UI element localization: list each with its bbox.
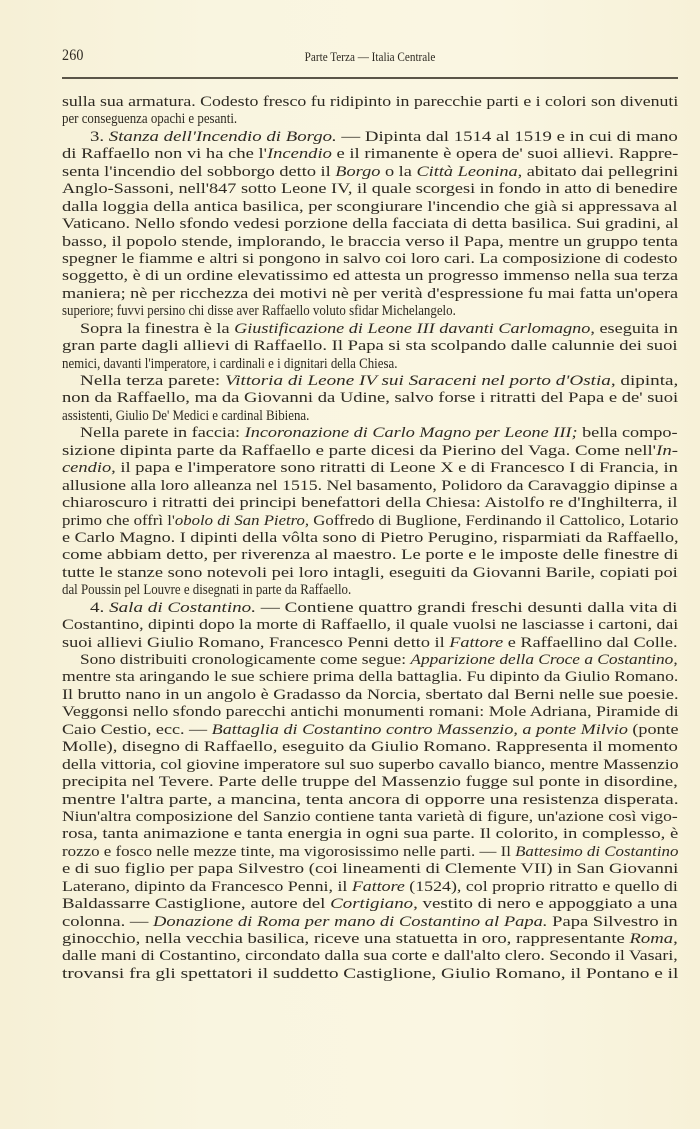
line-text: sulla sua armatura. Codesto fresco fu ri… (62, 94, 678, 111)
text-segment: , il papa e l'imperatore sono ritratti d… (111, 460, 678, 476)
italic-title: Donazione di Roma per mano di Costantino… (153, 914, 548, 930)
book-page: 260 Parte Terza — Italia Centrale sulla … (0, 0, 700, 1129)
line-text: trovansi fra gli spettatori il suddetto … (62, 966, 678, 983)
text-line: assistenti, Giulio De' Medici e cardinal… (62, 408, 678, 425)
text-line: senta l'incendio del sobborgo detto il B… (62, 164, 678, 181)
text-line: 3. Stanza dell'Incendio di Borgo. — Dipi… (62, 129, 678, 146)
text-segment: , abitato dai pellegrini (518, 164, 679, 180)
text-segment: ginocchio, nella vecchia basilica, ricev… (62, 931, 630, 947)
text-segment: Sono distribuiti cronologicamente come s… (80, 652, 410, 668)
text-segment: precipita nel Tevere. Parte delle truppe… (62, 774, 678, 790)
text-segment: , Goffredo di Buglione, Ferdinando il Ca… (305, 513, 678, 529)
text-line: mentre l'altra parte, a mancina, tenta a… (62, 792, 678, 809)
text-line: primo che offrì l'obolo di San Pietro, G… (62, 513, 678, 530)
text-segment: (ponte (628, 722, 679, 738)
text-line: e di suo figlio per papa Silvestro (coi … (62, 861, 678, 878)
text-segment: e Raffaellino dal Colle. (503, 635, 677, 651)
text-segment: basso, il popolo stende, implorando, le … (62, 234, 678, 250)
text-line: della vittoria, col giovine imperatore s… (62, 757, 678, 774)
line-text: senta l'incendio del sobborgo detto il B… (62, 164, 678, 181)
text-segment: Costantino, dipinti dopo la morte di Raf… (62, 617, 678, 633)
text-line: basso, il popolo stende, implorando, le … (62, 234, 678, 251)
text-segment: Sopra la finestra è la (80, 321, 234, 337)
text-line: soggetto, è di un ordine elevatissimo ed… (62, 268, 678, 285)
italic-title: Vittoria di Leone IV sui Saraceni nel po… (225, 373, 611, 389)
line-text: Vaticano. Nello sfondo vedesi porzione d… (62, 216, 679, 233)
line-text: Caio Cestio, ecc. — Battaglia di Costant… (62, 722, 679, 739)
text-segment: spegner le fiamme e altri si pongono in … (62, 251, 677, 267)
text-segment: chiaroscuro i ritratti dei principi bene… (62, 495, 677, 511)
italic-title: Borgo (335, 164, 380, 180)
text-line: nemici, davanti l'imperatore, i cardinal… (62, 356, 678, 373)
text-segment: e il rimanente è opera de' suoi allievi.… (332, 146, 678, 162)
text-line: mentre sta aringando le sue schiere prim… (62, 669, 678, 686)
text-line: trovansi fra gli spettatori il suddetto … (62, 966, 678, 983)
text-segment: sizione dipinta parte da Raffaello e par… (62, 443, 656, 459)
text-segment: dal Poussin pel Louvre e disegnati in pa… (62, 582, 351, 598)
text-segment: , dipinta, (611, 373, 678, 389)
line-text: dalle mani di Costantino, circondato dal… (62, 948, 678, 965)
text-segment: mentre sta aringando le sue schiere prim… (62, 669, 678, 685)
line-text: nemici, davanti l'imperatore, i cardinal… (62, 356, 397, 373)
text-line: Nella terza parete: Vittoria di Leone IV… (62, 373, 678, 390)
text-segment: — Dipinta dal 1514 al 1519 e in cui di m… (337, 129, 678, 145)
italic-title: Roma (630, 931, 674, 947)
text-segment: Laterano, dipinto da Francesco Penni, il (62, 879, 352, 895)
text-segment: soggetto, è di un ordine elevatissimo ed… (62, 268, 678, 284)
line-text: soggetto, è di un ordine elevatissimo ed… (62, 268, 678, 285)
italic-title: cendio (62, 460, 111, 476)
line-text: sizione dipinta parte da Raffaello e par… (62, 443, 678, 460)
italic-title: In- (656, 443, 678, 459)
text-segment: Nella terza parete: (80, 373, 225, 389)
text-line: Costantino, dipinti dopo la morte di Raf… (62, 617, 678, 634)
text-segment: — Contiene quattro grandi freschi desunt… (256, 600, 677, 616)
text-line: e Carlo Magno. I dipinti della vôlta son… (62, 530, 678, 547)
text-segment: rozzo e fosco nelle mezze tinte, ma vigo… (62, 844, 515, 860)
line-text: Sopra la finestra è la Giustificazione d… (80, 321, 678, 338)
text-segment: Nella parete in faccia: (80, 425, 245, 441)
line-text: Laterano, dipinto da Francesco Penni, il… (62, 879, 678, 896)
text-segment: suoi allievi Giulio Romano, Francesco Pe… (62, 635, 449, 651)
text-segment: dalle mani di Costantino, circondato dal… (62, 948, 678, 964)
line-text: precipita nel Tevere. Parte delle truppe… (62, 774, 678, 791)
text-segment: (1524), col proprio ritratto e quello di (405, 879, 678, 895)
header-rule (62, 77, 678, 79)
text-segment: e di suo figlio per papa Silvestro (coi … (62, 861, 678, 877)
text-segment: superiore; fuvvi persino chi disse aver … (62, 303, 456, 319)
line-text: dal Poussin pel Louvre e disegnati in pa… (62, 582, 351, 599)
line-text: Niun'altra composizione del Sanzio conti… (62, 809, 678, 826)
text-segment: assistenti, Giulio De' Medici e cardinal… (62, 408, 309, 424)
text-segment: della vittoria, col giovine imperatore s… (62, 757, 679, 773)
line-text: Nella parete in faccia: Incoronazione di… (80, 425, 678, 442)
text-segment: rosa, tanta animazione e tanta energia i… (62, 826, 678, 842)
line-text: basso, il popolo stende, implorando, le … (62, 234, 678, 251)
italic-title: Battaglia di Costantino contro Massenzio… (212, 722, 628, 738)
text-line: di Raffaello non vi ha che l'Incendio e … (62, 146, 678, 163)
italic-title: Apparizione della Croce a Costantino (410, 652, 673, 668)
text-line: dalla loggia della antica basilica, per … (62, 199, 678, 216)
text-segment: o la (380, 164, 416, 180)
text-segment: gran parte dagli allievi di Raffaello. I… (62, 338, 678, 354)
line-text: mentre l'altra parte, a mancina, tenta a… (62, 792, 679, 809)
line-text: superiore; fuvvi persino chi disse aver … (62, 303, 456, 320)
line-text: Baldassarre Castiglione, autore del Cort… (62, 896, 678, 913)
text-line: precipita nel Tevere. Parte delle truppe… (62, 774, 678, 791)
line-text: Molle), disegno di Raffaello, eseguito d… (62, 739, 678, 756)
line-text: dalla loggia della antica basilica, per … (62, 199, 677, 216)
text-line: cendio, il papa e l'imperatore sono ritr… (62, 460, 678, 477)
text-segment: Papa Silvestro in (548, 914, 678, 930)
line-text: cendio, il papa e l'imperatore sono ritr… (62, 460, 678, 477)
text-segment: Anglo-Sassoni, nell'847 sotto Leone IV, … (62, 181, 678, 197)
line-text: rozzo e fosco nelle mezze tinte, ma vigo… (62, 844, 678, 861)
line-text: 3. Stanza dell'Incendio di Borgo. — Dipi… (90, 129, 678, 146)
text-line: tutte le stanze sono notevoli pei loro i… (62, 565, 678, 582)
running-head: 260 Parte Terza — Italia Centrale (62, 47, 678, 69)
text-segment: tutte le stanze sono notevoli pei loro i… (62, 565, 678, 581)
line-text: per conseguenza opachi e pesanti. (62, 111, 237, 128)
text-line: come abbiam detto, per riverenza al maes… (62, 547, 678, 564)
line-text: Sono distribuiti cronologicamente come s… (80, 652, 678, 669)
text-line: dal Poussin pel Louvre e disegnati in pa… (62, 582, 678, 599)
text-segment: maniera; nè per ricchezza dei motivi nè … (62, 286, 678, 302)
line-text: rosa, tanta animazione e tanta energia i… (62, 826, 678, 843)
text-segment: non da Raffaello, ma da Giovanni da Udin… (62, 390, 678, 406)
text-line: gran parte dagli allievi di Raffaello. I… (62, 338, 678, 355)
text-segment: mentre l'altra parte, a mancina, tenta a… (62, 792, 679, 808)
running-title: Parte Terza — Italia Centrale (105, 49, 635, 65)
text-segment: come abbiam detto, per riverenza al maes… (62, 547, 678, 563)
text-segment: e Carlo Magno. I dipinti della vôlta son… (62, 530, 679, 546)
italic-title: Città Leonina (416, 164, 517, 180)
italic-title: Incendio (267, 146, 332, 162)
italic-title: Fattore (449, 635, 503, 651)
italic-title: Sala di Costantino. (109, 600, 256, 616)
text-segment: per conseguenza opachi e pesanti. (62, 111, 237, 127)
text-line: sizione dipinta parte da Raffaello e par… (62, 443, 678, 460)
text-segment: trovansi fra gli spettatori il suddetto … (62, 966, 678, 982)
text-line: allusione alla loro alleanza nel 1515. N… (62, 478, 678, 495)
line-text: Il brutto nano in un angolo è Gradasso d… (62, 687, 679, 704)
line-text: ginocchio, nella vecchia basilica, ricev… (62, 931, 678, 948)
line-text: mentre sta aringando le sue schiere prim… (62, 669, 678, 686)
line-text: gran parte dagli allievi di Raffaello. I… (62, 338, 678, 355)
text-segment: , eseguita in (590, 321, 677, 337)
line-text: e di suo figlio per papa Silvestro (coi … (62, 861, 678, 878)
text-line: Laterano, dipinto da Francesco Penni, il… (62, 879, 678, 896)
italic-title: Stanza dell'Incendio di Borgo. (109, 129, 337, 145)
text-line: spegner le fiamme e altri si pongono in … (62, 251, 678, 268)
text-segment: nemici, davanti l'imperatore, i cardinal… (62, 356, 397, 372)
italic-title: Fattore (352, 879, 405, 895)
text-line: superiore; fuvvi persino chi disse aver … (62, 303, 678, 320)
text-segment: Veggonsi nello sfondo parecchi antichi m… (62, 704, 679, 720)
text-line: ginocchio, nella vecchia basilica, ricev… (62, 931, 678, 948)
text-line: Nella parete in faccia: Incoronazione di… (62, 425, 678, 442)
text-segment: , vestito di nero e appoggiato a una (413, 896, 677, 912)
text-segment: bella compo- (578, 425, 678, 441)
text-line: per conseguenza opachi e pesanti. (62, 111, 678, 128)
text-segment: 3. (90, 129, 109, 145)
body-text: sulla sua armatura. Codesto fresco fu ri… (62, 94, 678, 983)
text-line: rozzo e fosco nelle mezze tinte, ma vigo… (62, 844, 678, 861)
text-segment: Baldassarre Castiglione, autore del (62, 896, 330, 912)
text-line: sulla sua armatura. Codesto fresco fu ri… (62, 94, 678, 111)
text-line: Molle), disegno di Raffaello, eseguito d… (62, 739, 678, 756)
line-text: chiaroscuro i ritratti dei principi bene… (62, 495, 677, 512)
text-line: Caio Cestio, ecc. — Battaglia di Costant… (62, 722, 678, 739)
text-line: rosa, tanta animazione e tanta energia i… (62, 826, 678, 843)
line-text: Anglo-Sassoni, nell'847 sotto Leone IV, … (62, 181, 678, 198)
italic-title: obolo di San Pietro (175, 513, 305, 529)
italic-title: Battesimo di Costantino (515, 844, 678, 860)
text-line: Niun'altra composizione del Sanzio conti… (62, 809, 678, 826)
text-segment: Niun'altra composizione del Sanzio conti… (62, 809, 678, 825)
text-line: Sopra la finestra è la Giustificazione d… (62, 321, 678, 338)
text-segment: di Raffaello non vi ha che l' (62, 146, 267, 162)
line-text: Costantino, dipinti dopo la morte di Raf… (62, 617, 678, 634)
text-segment: Molle), disegno di Raffaello, eseguito d… (62, 739, 678, 755)
italic-title: Cortigiano (330, 896, 413, 912)
line-text: della vittoria, col giovine imperatore s… (62, 757, 679, 774)
line-text: 4. Sala di Costantino. — Contiene quattr… (90, 600, 677, 617)
text-segment: , (673, 931, 678, 947)
text-segment: 4. (90, 600, 109, 616)
line-text: maniera; nè per ricchezza dei motivi nè … (62, 286, 678, 303)
line-text: Nella terza parete: Vittoria di Leone IV… (80, 373, 678, 390)
line-text: spegner le fiamme e altri si pongono in … (62, 251, 677, 268)
italic-title: Giustificazione di Leone III davanti Car… (234, 321, 590, 337)
text-segment: dalla loggia della antica basilica, per … (62, 199, 677, 215)
text-line: 4. Sala di Costantino. — Contiene quattr… (62, 600, 678, 617)
text-segment: , (673, 652, 677, 668)
text-line: non da Raffaello, ma da Giovanni da Udin… (62, 390, 678, 407)
line-text: e Carlo Magno. I dipinti della vôlta son… (62, 530, 679, 547)
line-text: suoi allievi Giulio Romano, Francesco Pe… (62, 635, 678, 652)
text-line: Veggonsi nello sfondo parecchi antichi m… (62, 704, 678, 721)
line-text: assistenti, Giulio De' Medici e cardinal… (62, 408, 309, 425)
line-text: primo che offrì l'obolo di San Pietro, G… (62, 513, 678, 530)
text-line: dalle mani di Costantino, circondato dal… (62, 948, 678, 965)
line-text: Veggonsi nello sfondo parecchi antichi m… (62, 704, 679, 721)
line-text: allusione alla loro alleanza nel 1515. N… (62, 478, 678, 495)
text-line: chiaroscuro i ritratti dei principi bene… (62, 495, 678, 512)
line-text: non da Raffaello, ma da Giovanni da Udin… (62, 390, 678, 407)
text-line: colonna. — Donazione di Roma per mano di… (62, 914, 678, 931)
text-segment: Il brutto nano in un angolo è Gradasso d… (62, 687, 679, 703)
line-text: di Raffaello non vi ha che l'Incendio e … (62, 146, 678, 163)
text-line: suoi allievi Giulio Romano, Francesco Pe… (62, 635, 678, 652)
text-segment: primo che offrì l' (62, 513, 175, 529)
text-line: maniera; nè per ricchezza dei motivi nè … (62, 286, 678, 303)
text-segment: sulla sua armatura. Codesto fresco fu ri… (62, 94, 678, 110)
text-line: Vaticano. Nello sfondo vedesi porzione d… (62, 216, 678, 233)
text-line: Sono distribuiti cronologicamente come s… (62, 652, 678, 669)
text-segment: Caio Cestio, ecc. — (62, 722, 212, 738)
line-text: colonna. — Donazione di Roma per mano di… (62, 914, 678, 931)
text-line: Il brutto nano in un angolo è Gradasso d… (62, 687, 678, 704)
page-number: 260 (62, 47, 84, 65)
text-segment: Vaticano. Nello sfondo vedesi porzione d… (62, 216, 679, 232)
line-text: come abbiam detto, per riverenza al maes… (62, 547, 678, 564)
line-text: tutte le stanze sono notevoli pei loro i… (62, 565, 678, 582)
italic-title: Incoronazione di Carlo Magno per Leone I… (245, 425, 578, 441)
text-segment: colonna. — (62, 914, 153, 930)
text-line: Anglo-Sassoni, nell'847 sotto Leone IV, … (62, 181, 678, 198)
text-segment: allusione alla loro alleanza nel 1515. N… (62, 478, 678, 494)
text-line: Baldassarre Castiglione, autore del Cort… (62, 896, 678, 913)
text-segment: senta l'incendio del sobborgo detto il (62, 164, 335, 180)
